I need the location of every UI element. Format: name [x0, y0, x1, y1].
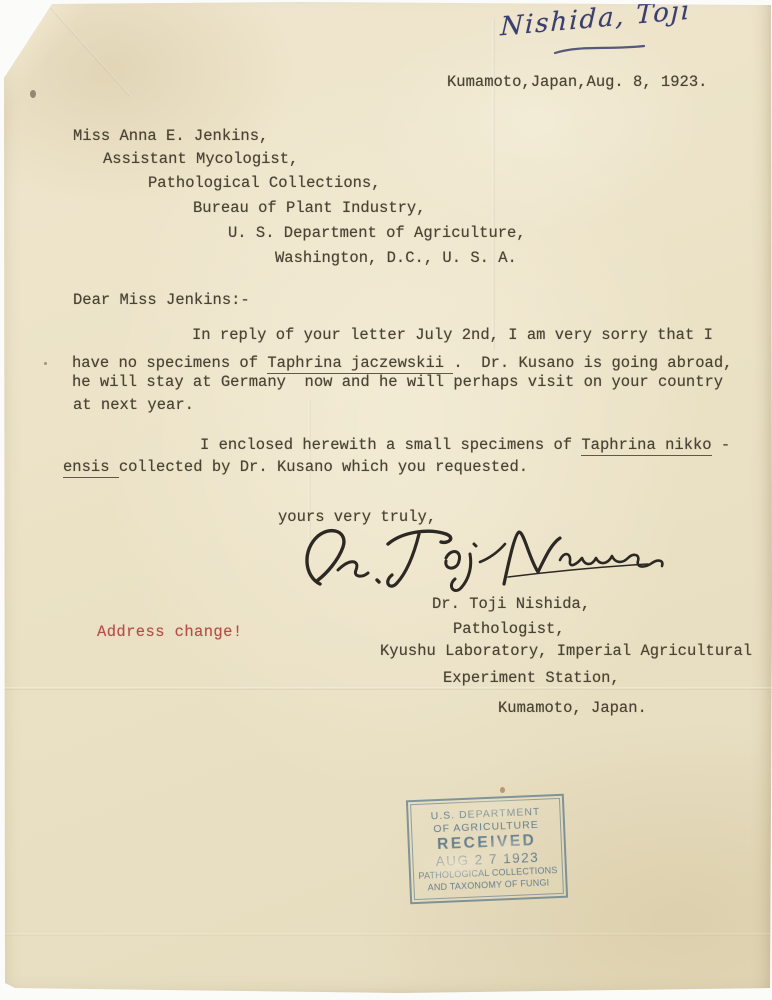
signature-block-line: Pathologist,	[453, 621, 565, 638]
body-text: . Dr. Kusano is going abroad,	[453, 354, 732, 372]
received-stamp: U.S. DEPARTMENT OF AGRICULTURE RECEIVED …	[406, 794, 568, 905]
salutation: Dear Miss Jenkins:-	[73, 292, 250, 309]
stamp-line-agriculture: OF AGRICULTURE	[433, 818, 539, 835]
handwritten-name-annotation: Nishida, Toji	[500, 0, 692, 42]
folded-corner-shade	[0, 0, 110, 120]
body-line: at next year.	[73, 397, 194, 414]
body-text: -	[712, 436, 731, 454]
stamp-line-taxonomy: AND TAXONOMY OF FUNGI	[427, 877, 549, 894]
dateline: Kumamoto,Japan,Aug. 8, 1923.	[447, 74, 707, 91]
signature-block-line: Kyushu Laboratory, Imperial Agricultural	[380, 643, 752, 660]
species-name-underlined: Taphrina nikko	[581, 436, 711, 456]
body-line: I enclosed herewith a small specimens of…	[200, 437, 730, 454]
received-stamp-inner-border: U.S. DEPARTMENT OF AGRICULTURE RECEIVED …	[410, 798, 564, 900]
stamp-line-collections: PATHOLOGICAL COLLECTIONS	[418, 865, 558, 882]
signature-script	[298, 520, 654, 600]
address-change-note: Address change!	[97, 624, 243, 641]
body-line: have no specimens of Taphrina jaczewskii…	[72, 355, 732, 372]
recipient-line: Washington, D.C., U. S. A.	[275, 250, 517, 267]
handwritten-underline-stroke	[552, 42, 648, 58]
recipient-line: Miss Anna E. Jenkins,	[73, 128, 268, 145]
species-name-underlined: Taphrina jaczewskii	[267, 354, 453, 374]
signature-block-line: Kumamoto, Japan.	[498, 700, 647, 717]
stamp-line-received: RECEIVED	[437, 831, 537, 854]
paper-speck	[500, 787, 505, 793]
scanned-letter: Nishida, Toji Kumamoto,Japan,Aug. 8, 192…	[0, 0, 772, 1000]
recipient-line: Bureau of Plant Industry,	[193, 200, 426, 217]
recipient-line: Pathological Collections,	[148, 175, 381, 192]
stamp-line-department: U.S. DEPARTMENT	[430, 806, 540, 823]
vertical-crease-top	[492, 20, 495, 350]
signature-block-line: Dr. Toji Nishida,	[432, 596, 590, 613]
body-line: In reply of your letter July 2nd, I am v…	[192, 327, 713, 344]
body-line: he will stay at Germany now and he will …	[72, 374, 723, 391]
lower-fold-crease	[0, 933, 772, 936]
body-line: ensis collected by Dr. Kusano which you …	[63, 459, 528, 476]
body-text: I enclosed herewith a small specimens of	[200, 436, 581, 454]
letter-paper: Nishida, Toji Kumamoto,Japan,Aug. 8, 192…	[0, 0, 772, 1000]
body-text: have no specimens of	[72, 354, 267, 372]
stamp-line-date: AUG 2 7 1923	[435, 850, 539, 870]
species-name-underlined: ensis	[63, 458, 119, 478]
horizontal-fold-crease	[0, 687, 772, 690]
paper-speck	[30, 90, 36, 98]
recipient-line: U. S. Department of Agriculture,	[228, 225, 526, 242]
recipient-line: Assistant Mycologist,	[103, 151, 298, 168]
signature-block-line: Experiment Station,	[443, 670, 620, 687]
body-text: collected by Dr. Kusano which you reques…	[119, 458, 528, 476]
paper-speck	[44, 362, 47, 365]
